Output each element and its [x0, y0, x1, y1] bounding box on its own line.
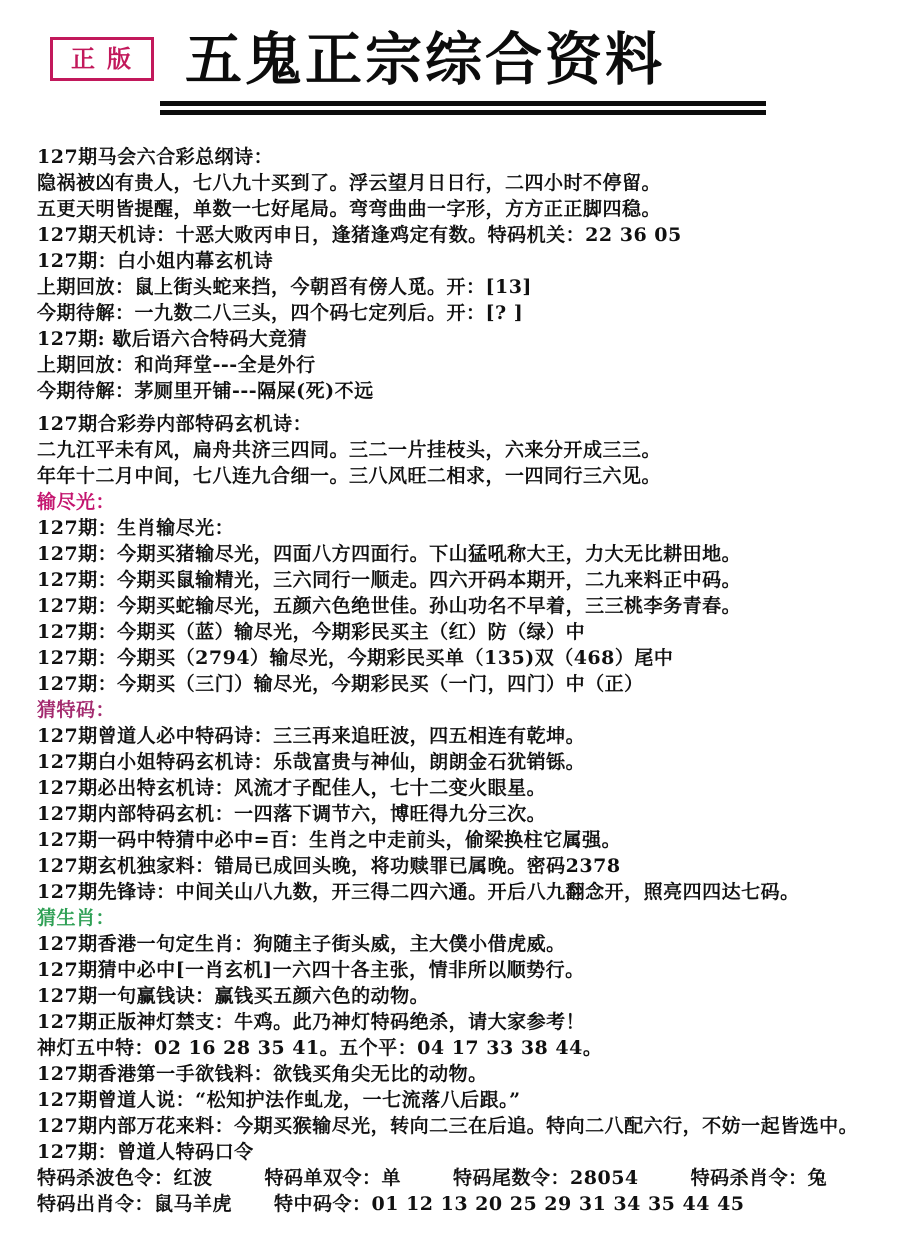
text-line: 上期回放：鼠上街头蛇来挡，今朝舀有傍人觅。开：[13]: [37, 274, 874, 300]
command-segment: 特码单双令：单: [265, 1165, 402, 1191]
text-line: 127期：曾道人特码口令: [37, 1139, 874, 1165]
text-line: 127期：今期买（三门）输尽光，今期彩民买（一门，四门）中（正）: [37, 671, 874, 697]
text-line: 127期猜中必中[一肖玄机]一六四十各主张，情非所以顺势行。: [37, 957, 874, 983]
text-line: 127期内部特码玄机：一四落下调节六，博旺得九分三次。: [37, 801, 874, 827]
text-line: 127期先锋诗：中间关山八九数，开三得二四六通。开后八九翻念开，照亮四四达七码。: [37, 879, 874, 905]
text-line: 今期待解：一九数二八三头，四个码七定列后。开：[? ]: [37, 300, 874, 326]
text-line: 127期曾道人说：“松知护法作虬龙，一七流落八后跟。”: [37, 1087, 874, 1113]
lottery-info-sheet: 正版 五鬼正宗综合资料 127期马会六合彩总纲诗： 隐祸被凶有贵人，七八九十买到…: [0, 0, 900, 1238]
command-segment: 特中码令：01 12 13 20 25 29 31 34 35 44 45: [274, 1191, 745, 1217]
text-line: 127期白小姐特码玄机诗：乐哉富贵与神仙，朗朗金石犹销铄。: [37, 749, 874, 775]
text-line: 127期必出特玄机诗：风流才子配佳人，七十二变火眼星。: [37, 775, 874, 801]
text-line: 127期：今期买（2794）输尽光，今期彩民买单（135)双（468）尾中: [37, 645, 874, 671]
text-line: 127期：白小姐内幕玄机诗: [37, 248, 874, 274]
text-line: 127期：今期买猪输尽光，四面八方四面行。下山猛吼称大王，力大无比耕田地。: [37, 541, 874, 567]
text-line: 年年十二月中间，七八连九合细一。三八风旺二相求，一四同行三六见。: [37, 463, 874, 489]
text-line: 127期曾道人必中特码诗：三三再来追旺波，四五相连有乾坤。: [37, 723, 874, 749]
command-segment: 特码尾数令：28054: [453, 1165, 639, 1191]
text-line: 神灯五中特：02 16 28 35 41。五个平：04 17 33 38 44。: [37, 1035, 874, 1061]
text-line: 127期：今期买蛇输尽光，五颜六色绝世佳。孙山功名不早着，三三桃李务青春。: [37, 593, 874, 619]
section-header-caishengxiao: 猜生肖：: [37, 905, 874, 931]
underline-bar: [160, 110, 766, 115]
content-body: 127期马会六合彩总纲诗： 隐祸被凶有贵人，七八九十买到了。浮云望月日日行，二四…: [37, 144, 874, 1217]
edition-badge: 正版: [50, 37, 154, 81]
text-line: 127期香港一句定生肖：狗随主子街头威，主大僕小借虎威。: [37, 931, 874, 957]
underline-bar: [160, 101, 766, 106]
text-line: 今期待解：茅厕里开铺---隔屎(死)不远: [37, 378, 874, 404]
text-line: 127期合彩券内部特码玄机诗：: [37, 404, 874, 437]
text-line: 127期一码中特猜中必中=百：生肖之中走前头，偷梁换柱它属强。: [37, 827, 874, 853]
text-line: 127期：今期买鼠输精光，三六同行一顺走。四六开码本期开，二九来料正中码。: [37, 567, 874, 593]
text-line: 127期马会六合彩总纲诗：: [37, 144, 874, 170]
text-line: 五更天明皆提醒，单数一七好尾局。弯弯曲曲一字形，方方正正脚四稳。: [37, 196, 874, 222]
section-header-shujinguang: 输尽光：: [37, 489, 874, 515]
command-segment: 特码杀波色令：红波: [37, 1165, 213, 1191]
text-line: 127期香港第一手欲钱料：欲钱买角尖无比的动物。: [37, 1061, 874, 1087]
command-segment: 特码杀肖令：兔: [691, 1165, 828, 1191]
text-line: 127期：今期买（蓝）输尽光，今期彩民买主（红）防（绿）中: [37, 619, 874, 645]
text-line: 127期内部万花来料：今期买猴输尽光，转向二三在后追。特向二八配六行，不妨一起皆…: [37, 1113, 874, 1139]
text-line: 127期天机诗：十恶大败丙申日，逢猪逢鸡定有数。特码机关：22 36 05: [37, 222, 874, 248]
command-row-2: 特码出肖令：鼠马羊虎 特中码令：01 12 13 20 25 29 31 34 …: [37, 1191, 874, 1217]
text-line: 127期正版神灯禁支：牛鸡。此乃神灯特码绝杀，请大家参考！: [37, 1009, 874, 1035]
page-title: 五鬼正宗综合资料: [185, 14, 665, 96]
text-line: 隐祸被凶有贵人，七八九十买到了。浮云望月日日行，二四小时不停留。: [37, 170, 874, 196]
section-header-caitema: 猜特码：: [37, 697, 874, 723]
title-underline: [160, 101, 766, 115]
command-row-1: 特码杀波色令：红波 特码单双令：单 特码尾数令：28054 特码杀肖令：兔: [37, 1165, 874, 1191]
text-line: 127期一句赢钱诀：赢钱买五颜六色的动物。: [37, 983, 874, 1009]
text-line: 二九江平未有风，扁舟共济三四同。三二一片挂枝头，六来分开成三三。: [37, 437, 874, 463]
text-line: 127期玄机独家料：错局已成回头晚，将功赎罪已属晚。密码2378: [37, 853, 874, 879]
command-segment: 特码出肖令：鼠马羊虎: [37, 1191, 232, 1217]
page-header: 正版 五鬼正宗综合资料: [0, 0, 900, 128]
text-line: 127期：生肖输尽光：: [37, 515, 874, 541]
text-line: 上期回放：和尚拜堂---全是外行: [37, 352, 874, 378]
text-line: 127期: 歇后语六合特码大竞猜: [37, 326, 874, 352]
